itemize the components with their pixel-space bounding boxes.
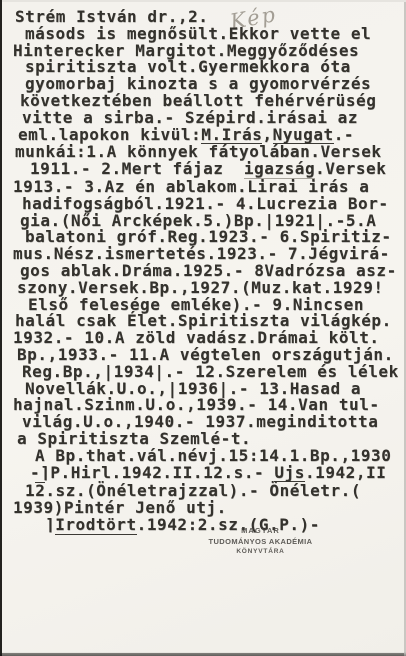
stamp-line: MAGYAR (198, 526, 323, 535)
typed-line: -⌉P.Hirl.1942.II.12.s.- Ujs.1942,II (12, 465, 402, 483)
typed-line: A Bp.that.vál.névj.15:14.1.Bp.,1930 (12, 448, 402, 465)
stamp-line: TUDOMÁNYOS AKADÉMIA (198, 537, 323, 546)
typed-line: Reg.Bp.,|1934|.- 12.Szerelem és lélek (12, 364, 402, 381)
stamp-line: KÖNYVTÁRA (198, 548, 323, 555)
catalog-card-scan: Kép Strém István dr.,2.másods is megnősü… (0, 0, 406, 656)
library-stamp: MAGYAR TUDOMÁNYOS AKADÉMIA KÖNYVTÁRA (198, 526, 323, 555)
typed-text-block: Strém István dr.,2.másods is megnősült.E… (12, 9, 402, 535)
